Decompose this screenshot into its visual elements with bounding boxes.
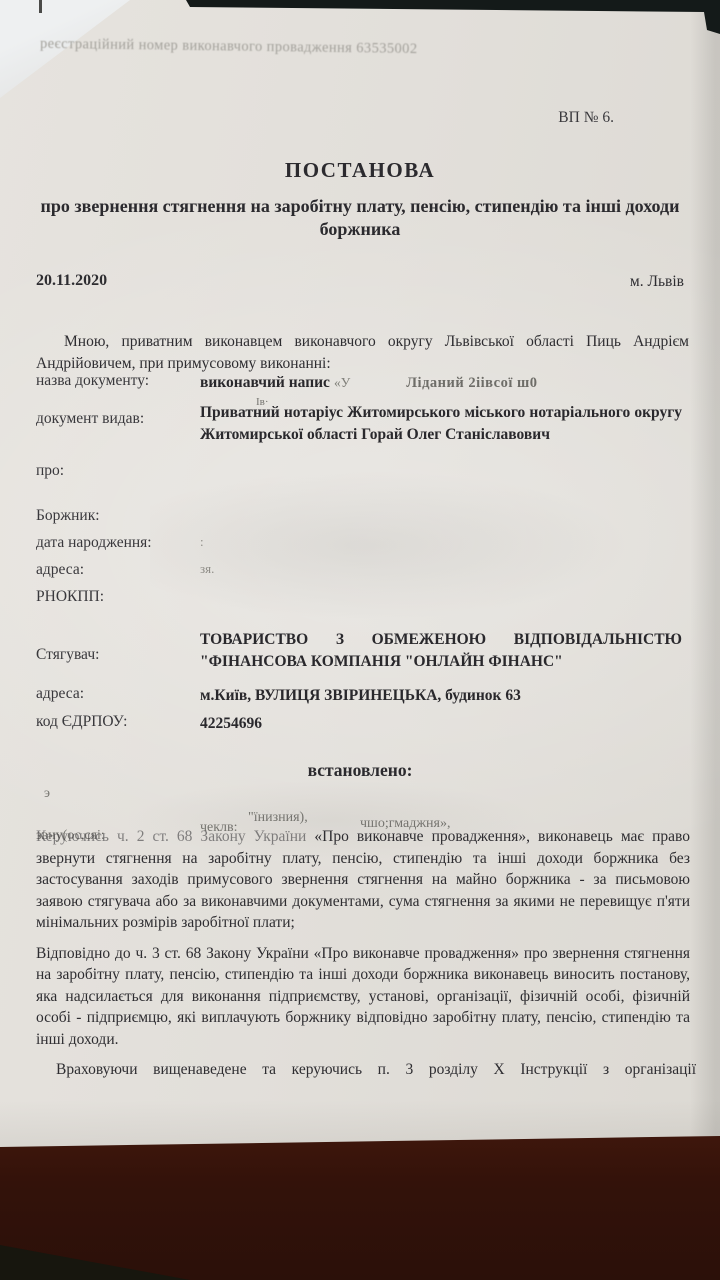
field-label: код ЄДРПОУ: [36, 713, 127, 730]
field-label: документ видав: [36, 410, 144, 427]
field-creditor-address: адреса: м.Київ, ВУЛИЦЯ ЗВІРИНЕЦЬКА, буди… [36, 685, 84, 703]
intro-paragraph: Мною, приватним виконавцем виконавчого о… [36, 331, 689, 375]
desk-surface [0, 1130, 720, 1280]
field-value: виконавчий напис [200, 374, 330, 391]
field-debtor: Боржник: [36, 507, 100, 525]
field-value-redacted: зя. [200, 561, 682, 577]
field-about: про: [36, 462, 64, 480]
field-document-issuer: документ видав: Приватний нотаріус Житом… [36, 410, 144, 428]
field-label: адреса: [36, 685, 84, 702]
paragraph-legal-basis-2: Відповідно до ч. 3 ст. 68 Закону України… [36, 943, 690, 1051]
document-subtitle: про звернення стягнення на заробітну пла… [40, 195, 680, 241]
field-creditor: Стягувач: ТОВАРИСТВО З ОБМЕЖЕНОЮ ВІДПОВІ… [36, 646, 99, 664]
field-value: 42254696 [200, 713, 682, 735]
field-value: ТОВАРИСТВО З ОБМЕЖЕНОЮ ВІДПОВІДАЛЬНІСТЮ … [200, 629, 682, 672]
field-value: Приватний нотаріус Житомирського міськог… [200, 402, 682, 445]
field-label: адреса: [36, 561, 84, 578]
erased-text-remnant: «У [334, 375, 350, 390]
document-date: 20.11.2020 [36, 272, 107, 290]
document-city: м. Львів [630, 273, 684, 291]
field-value: м.Київ, ВУЛИЦЯ ЗВІРИНЕЦЬКА, будинок 63 [200, 685, 682, 707]
faded-paragraph-start: Керуючись ч. 2 ст. 68 Закону України [36, 828, 306, 845]
field-value-redacted: : [200, 534, 682, 550]
field-label: Боржник: [36, 507, 100, 524]
field-rnokpp: РНОКПП: [36, 588, 104, 606]
field-label: Стягувач: [36, 646, 99, 663]
field-label: дата народження: [36, 534, 152, 551]
field-document-name: назва документу: виконавчий напис «У Лід… [36, 372, 149, 390]
field-label: РНОКПП: [36, 588, 104, 605]
field-label: про: [36, 462, 64, 479]
erased-text-remnant: "їнизния), [248, 810, 308, 826]
erased-text-remnant: Ліданий 2іівсої ш0 [406, 375, 537, 391]
field-birth-date: дата народження: : [36, 534, 152, 552]
body-text: Керуючись ч. 2 ст. 68 Закону України «Пр… [36, 826, 690, 1090]
erased-text-remnant: Ів· [256, 396, 269, 408]
document-title: ПОСТАНОВА [0, 158, 720, 183]
paragraph-conclusion: Враховуючи вищенаведене та керуючись п. … [36, 1059, 696, 1081]
field-debtor-address: адреса: зя. [36, 561, 84, 579]
staple-mark [39, 0, 42, 13]
established-heading: встановлено: [0, 760, 720, 781]
erased-text-remnant: э [44, 786, 50, 802]
field-edrpou-code: код ЄДРПОУ: 42254696 [36, 713, 127, 731]
case-number: ВП № 6. [558, 109, 614, 127]
document-photo: реєстраційний номер виконавчого провадже… [0, 0, 720, 1280]
paragraph-legal-basis-1: Керуючись ч. 2 ст. 68 Закону України «Пр… [36, 826, 690, 934]
field-label: назва документу: [36, 372, 149, 389]
